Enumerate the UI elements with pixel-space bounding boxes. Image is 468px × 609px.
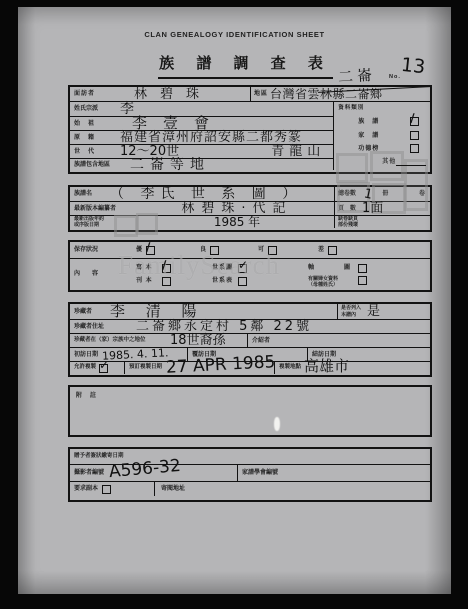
category-zupu-checkbox: ∕ <box>410 117 419 126</box>
scanned-document: FamilySearch CLAN GENEALOGY IDENTIFICATI… <box>18 7 451 594</box>
pubdate-label-line2: 或序版日期 <box>74 222 99 228</box>
category-jiapu-checkbox <box>410 131 419 140</box>
cond-poor-label: 差 <box>318 247 325 253</box>
photographer-no-value: A596-32 <box>108 457 181 480</box>
content-table-checkbox <box>238 277 247 286</box>
no-label: No. <box>389 75 401 81</box>
content-chart-label: 世系圖 <box>212 265 233 271</box>
cond-good-checkbox <box>210 246 219 255</box>
coverage-label: 族譜包含地區 <box>74 162 110 168</box>
origin-value: 福建省漳州府詔安縣二都秀篆 <box>120 131 302 144</box>
category-zupu-label: 族 譜 <box>358 119 379 125</box>
genealogy-name-value: （ 李氏 世 系 圖 ） <box>110 187 302 201</box>
watermark-stamp <box>404 159 428 211</box>
scan-artifact-blob <box>274 417 280 431</box>
content-scroll-checkbox <box>358 264 367 273</box>
content-manuscript-label: 寫 本 <box>136 265 153 271</box>
introducer-label: 介紹者 <box>252 338 270 344</box>
compiler-value: 林碧珠·代記 <box>181 202 292 215</box>
photographer-no-label: 攝影者編號 <box>74 470 104 476</box>
origin-label: 原 籍 <box>74 135 95 141</box>
donor-sign-date-label: 贈予者簽狀繳寄日期 <box>74 454 124 460</box>
surname-label: 姓氏宗派 <box>74 106 98 112</box>
coverage-value: 二崙等地 <box>130 158 210 172</box>
content-scroll-label: 軸 圖 <box>308 265 356 271</box>
first-visit-value: 1985. 4. 11. <box>102 347 169 361</box>
page-title-en: CLAN GENEALOGY IDENTIFICATION SHEET <box>18 31 451 39</box>
category-jiapu-label: 家 譜 <box>358 133 379 139</box>
founder-value: 李壹會 <box>132 116 225 131</box>
listed-label-line2: 本譜內 <box>341 312 361 318</box>
owner-position-label: 珍藏者在（家）宗族中之地位 <box>74 337 146 344</box>
category-header: 資料類別 <box>338 106 364 112</box>
region-handwritten: 二崙 <box>338 68 377 86</box>
cond-good-label: 良 <box>200 247 207 253</box>
copy-date-label: 預訂複製日期 <box>129 365 162 371</box>
content-women-sub: （母種姓氏） <box>308 282 338 288</box>
owner-position-value: 18世裔孫 <box>170 334 226 347</box>
cond-excellent-label: 優 <box>136 247 143 253</box>
condition-label: 保存狀況 <box>74 247 98 253</box>
generations-label: 世 代 <box>74 149 95 155</box>
copy-date-value: 27 APR 1985 <box>166 354 276 377</box>
content-manuscript-checkbox: ∕ <box>162 264 171 273</box>
cond-poor-checkbox <box>328 246 337 255</box>
watermark-stamp <box>136 213 158 235</box>
listed-value: 是 <box>367 305 380 318</box>
sheet-number: 13 <box>400 56 426 77</box>
copy-place-label: 複製地點 <box>279 365 301 371</box>
cond-fair-label: 可 <box>258 247 265 253</box>
table-condition-content: 保存狀況 優 ∕ 良 可 差 內 容 寫 本 ∕ 世系圖 ✓ 軸 圖 刊 本 世… <box>68 240 432 292</box>
mail-address-label: 寄閱地址 <box>161 486 185 492</box>
content-women-checkbox <box>358 276 367 285</box>
category-other-line <box>396 165 426 166</box>
cond-excellent-checkbox: ∕ <box>146 246 155 255</box>
first-visit-label: 初訪日期 <box>74 352 98 358</box>
compiler-label: 最新版本編纂者 <box>74 206 116 212</box>
page-title-zh: 族 譜 調 查 表 <box>158 55 333 79</box>
society-no-label: 家譜學會編號 <box>242 470 278 476</box>
permit-copy-label: 允許複製 <box>74 365 96 371</box>
interviewer-value: 林碧珠 <box>134 88 212 101</box>
generations-note: 青龍山 <box>271 145 325 158</box>
copy-request-checkbox <box>102 485 111 494</box>
cond-fair-checkbox <box>268 246 277 255</box>
area-label: 地區 <box>254 91 268 97</box>
table-processing-info: 贈予者簽狀繳寄日期 攝影者編號 A596-32 家譜學會編號 要求副本 寄閱地址 <box>68 447 432 502</box>
notes-label: 附 註 <box>76 393 97 399</box>
genealogy-name-label: 族譜名 <box>74 191 92 197</box>
missing-label-line2: 部份殘壞 <box>338 222 358 228</box>
table-owner-info: 珍藏者 李 清 陽 是否列入 本譜內 是 珍藏者住址 二崙鄉永定村 5鄰 22號… <box>68 302 432 377</box>
owner-label: 珍藏者 <box>74 309 92 315</box>
pubdate-value: 1985 年 <box>214 216 260 228</box>
interviewer-label: 面訪者 <box>74 91 95 97</box>
copy-place-value: 高雄市 <box>304 359 349 374</box>
copy-request-label: 要求副本 <box>74 486 98 492</box>
table-notes: 附 註 <box>68 385 432 437</box>
content-chart-checkbox: ✓ <box>238 264 247 273</box>
owner-address-label: 珍藏者住址 <box>74 324 104 330</box>
watermark-stamp <box>114 215 138 237</box>
owner-address-value: 二崙鄉永定村 5鄰 22號 <box>136 320 312 333</box>
owner-value: 李 清 陽 <box>110 304 205 319</box>
category-gongdebang-checkbox <box>410 144 419 153</box>
content-print-checkbox <box>162 277 171 286</box>
content-label: 內 容 <box>74 271 98 277</box>
permit-copy-checkbox: ✓ <box>99 364 108 373</box>
watermark-stamp <box>370 151 404 181</box>
watermark-stamp <box>336 153 368 183</box>
area-value: 台灣省雲林縣二崙鄉 <box>270 88 383 100</box>
pages-value: 1面 <box>362 202 383 215</box>
founder-label: 始 祖 <box>74 121 95 127</box>
content-print-label: 刊 本 <box>136 278 153 284</box>
content-table-label: 世系表 <box>212 278 233 284</box>
